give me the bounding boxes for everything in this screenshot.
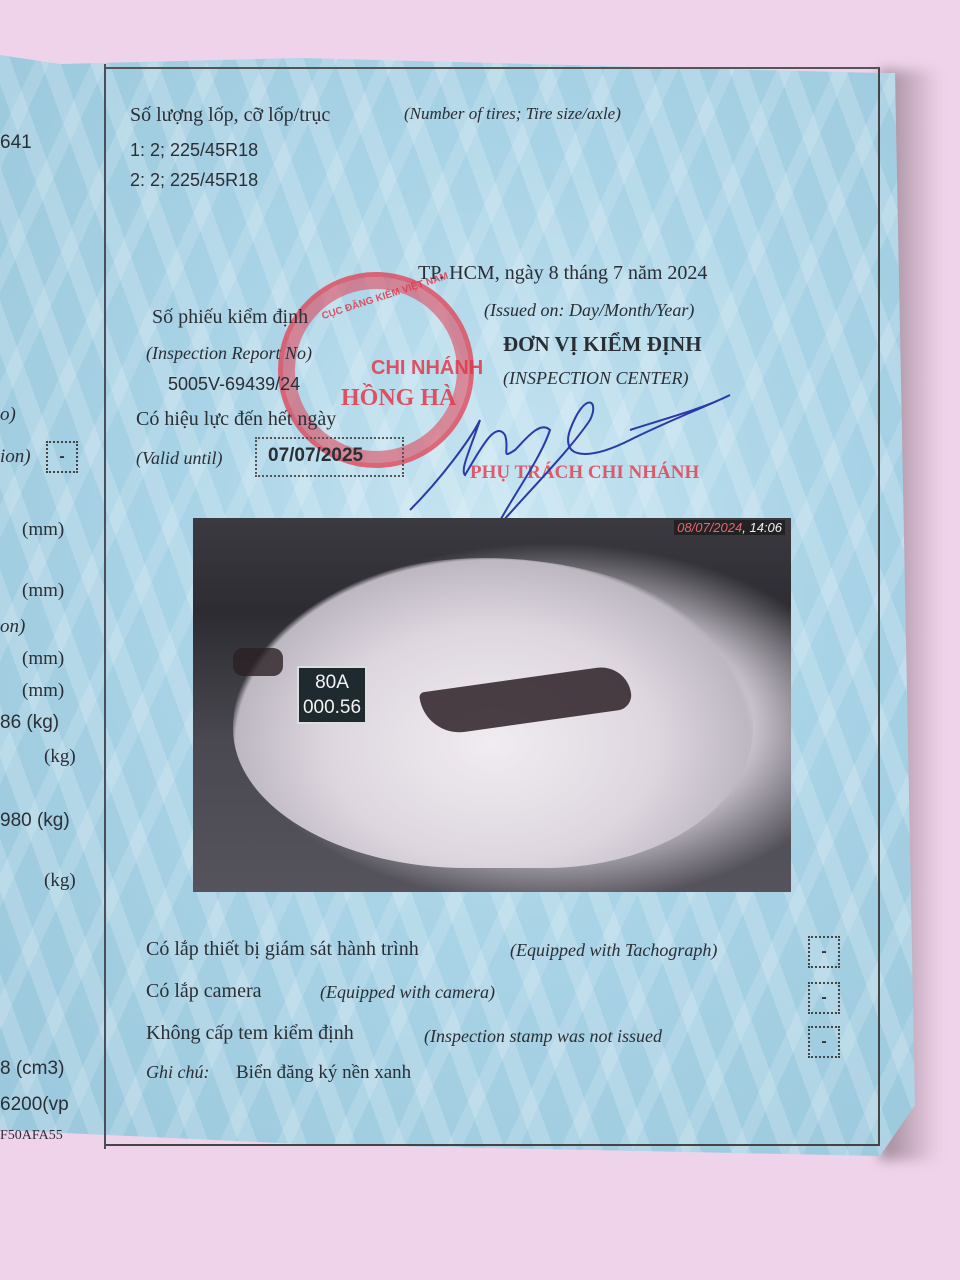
no-stamp-label-vi: Không cấp tem kiểm định <box>146 1022 354 1045</box>
report-label-vi: Số phiếu kiểm định <box>152 306 308 329</box>
left-checkbox: - <box>46 441 78 473</box>
tires-label-en: (Number of tires; Tire size/axle) <box>404 104 621 124</box>
photo-timestamp-date: 08/07/2024 <box>677 520 742 535</box>
license-plate: 80A 000.56 <box>297 666 367 724</box>
left-weight-value: 980 (kg) <box>0 810 70 832</box>
tachograph-checkbox: - <box>808 936 840 968</box>
left-unit-kg: (kg) <box>44 746 76 768</box>
valid-until-label-en: (Valid until) <box>136 448 223 469</box>
stamp-line1: CHI NHÁNH <box>371 357 483 380</box>
left-power: 6200(vp <box>0 1094 69 1116</box>
left-fragment-id: 641 <box>0 132 32 154</box>
left-unit-mm: (mm) <box>22 680 64 702</box>
left-unit-kg: (kg) <box>44 870 76 892</box>
issue-date-label-en: (Issued on: Day/Month/Year) <box>484 300 694 321</box>
camera-label-vi: Có lắp camera <box>146 980 262 1003</box>
left-weight-value: 86 (kg) <box>0 712 59 734</box>
left-serial: F50AFA55 <box>0 1128 63 1144</box>
issue-place-date: TP. HCM, ngày 8 tháng 7 năm 2024 <box>418 262 707 285</box>
tires-label-vi: Số lượng lốp, cỡ lốp/trục <box>130 104 330 127</box>
report-number: 5005V-69439/24 <box>168 374 300 395</box>
page-fold <box>104 64 106 1149</box>
inspection-center-title-en: (INSPECTION CENTER) <box>503 368 689 389</box>
camera-checkbox: - <box>808 982 840 1014</box>
car-taillight <box>233 648 283 676</box>
tire-axle-2: 2: 2; 225/45R18 <box>130 170 258 191</box>
stamp-line2: HỒNG HÀ <box>341 385 456 412</box>
left-displacement: 8 (cm3) <box>0 1058 64 1080</box>
left-unit-mm: (mm) <box>22 648 64 670</box>
plate-line1: 80A <box>299 670 365 695</box>
photo-timestamp: 08/07/2024, 14:06 <box>674 520 785 535</box>
no-stamp-checkbox: - <box>808 1026 840 1058</box>
left-unit-mm: (mm) <box>22 580 64 602</box>
tachograph-label-en: (Equipped with Tachograph) <box>510 940 717 961</box>
valid-until-date: 07/07/2025 <box>268 445 363 467</box>
no-stamp-label-en: (Inspection stamp was not issued <box>424 1026 662 1047</box>
tachograph-label-vi: Có lắp thiết bị giám sát hành trình <box>146 938 419 961</box>
left-unit-mm: (mm) <box>22 519 64 541</box>
signer-title: PHỤ TRÁCH CHI NHÁNH <box>470 462 699 484</box>
tire-axle-1: 1: 2; 225/45R18 <box>130 140 258 161</box>
valid-until-label-vi: Có hiệu lực đến hết ngày <box>136 408 336 431</box>
vehicle-photo: 80A 000.56 08/07/2024, 14:06 <box>193 518 791 892</box>
camera-label-en: (Equipped with camera) <box>320 982 495 1003</box>
report-label-en: (Inspection Report No) <box>146 343 312 364</box>
left-fragment-label: o) <box>0 404 16 426</box>
note-label: Ghi chú: <box>146 1062 209 1083</box>
plate-line2: 000.56 <box>299 695 365 720</box>
left-fragment-label: on) <box>0 616 25 638</box>
inspection-center-title: ĐƠN VỊ KIỂM ĐỊNH <box>503 332 702 357</box>
left-fragment-label: ion) <box>0 446 31 468</box>
photo-timestamp-time: , 14:06 <box>742 520 782 535</box>
note-text: Biển đăng ký nền xanh <box>236 1062 411 1084</box>
